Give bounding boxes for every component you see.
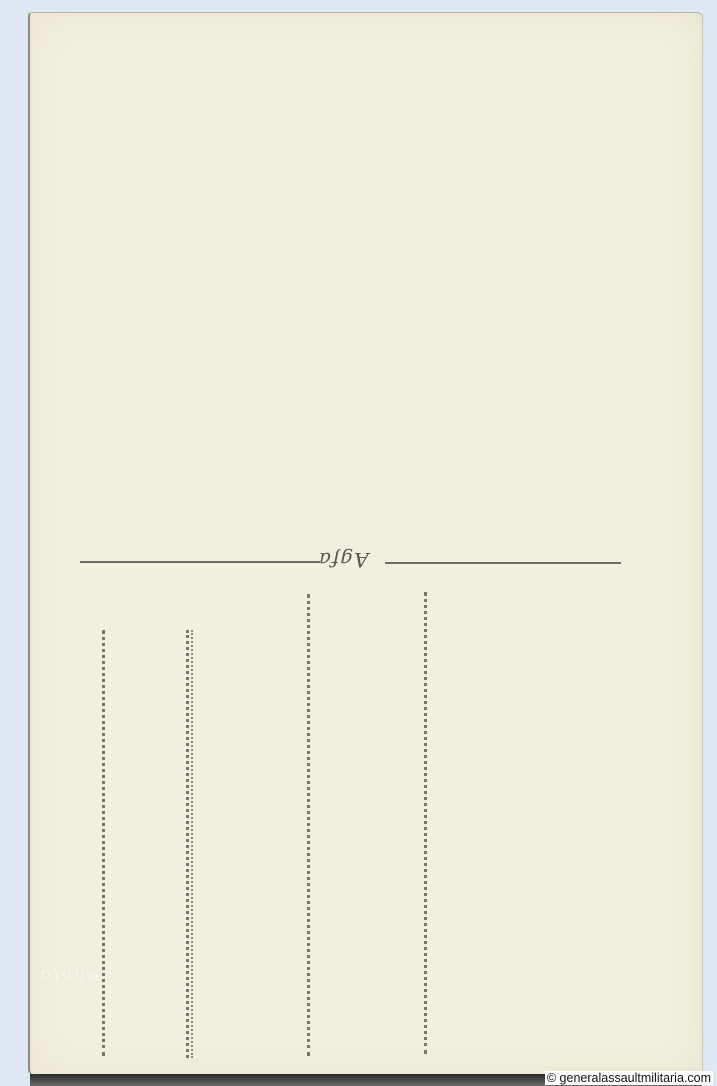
address-line-3 [307,594,310,1056]
agfa-logo: Agfa [318,548,369,572]
address-line-2 [186,630,189,1058]
address-line-1 [102,630,105,1056]
copyright-watermark: © generalassaultmilitaria.com [545,1071,713,1085]
embossed-text: Photo [38,965,98,983]
postcard-back [28,12,703,1075]
divider-line-left [80,561,320,563]
divider-line-right [385,562,621,564]
address-line-4 [424,592,427,1054]
